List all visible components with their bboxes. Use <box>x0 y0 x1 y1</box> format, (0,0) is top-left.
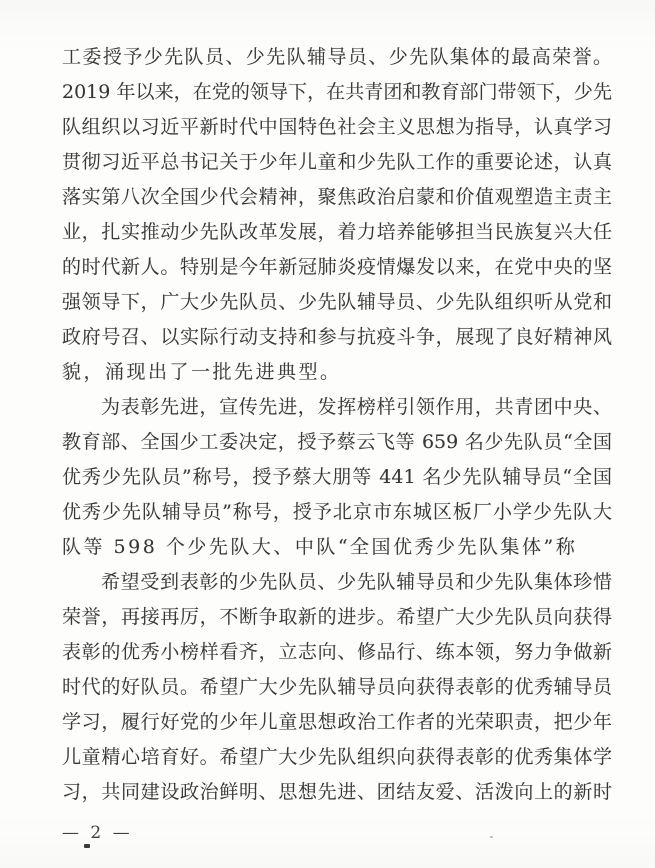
text-line: 为表彰先进，宣传先进，发挥榜样引领作用，共青团中央、 <box>62 390 612 425</box>
text-line: 教育部、全国少工委决定，授予蔡云飞等 659 名少先队员“全国 <box>62 425 612 460</box>
text-line: 时代的好队员。希望广大少先队辅导员向获得表彰的优秀辅导员 <box>62 670 612 705</box>
text-line: 强领导下，广大少先队员、少先队辅导员、少先队组织听从党和 <box>62 285 612 320</box>
page-number: — 2 — <box>62 820 133 846</box>
text-line: 2019 年以来，在党的领导下，在共青团和教育部门带领下，少先 <box>62 75 612 110</box>
scan-artifact <box>490 836 493 838</box>
document-body: 工委授予少先队员、少先队辅导员、少先队集体的最高荣誉。2019 年以来，在党的领… <box>62 40 612 810</box>
text-line: 政府号召、以实际行动支持和参与抗疫斗争，展现了良好精神风 <box>62 320 612 355</box>
text-line: 荣誉，再接再厉，不断争取新的进步。希望广大少先队员向获得 <box>62 600 612 635</box>
text-line: 的时代新人。特别是今年新冠肺炎疫情爆发以来，在党中央的坚 <box>62 250 612 285</box>
text-line: 贯彻习近平总书记关于少年儿童和少先队工作的重要论述，认真 <box>62 145 612 180</box>
text-line: 儿童精心培育好。希望广大少先队组织向获得表彰的优秀集体学 <box>62 740 612 775</box>
text-line: 工委授予少先队员、少先队辅导员、少先队集体的最高荣誉。 <box>62 40 612 75</box>
text-line: 落实第八次全国少代会精神，聚焦政治启蒙和价值观塑造主责主 <box>62 180 612 215</box>
text-line: 学习，履行好党的少年儿童思想政治工作者的光荣职责，把少年 <box>62 705 612 740</box>
text-line: 队等 598 个少先队大、中队“全国优秀少先队集体”称号。 <box>62 530 612 565</box>
text-line: 希望受到表彰的少先队员、少先队辅导员和少先队集体珍惜 <box>62 565 612 600</box>
text-line: 优秀少先队辅导员”称号，授予北京市东城区板厂小学少先队大 <box>62 495 612 530</box>
text-line: 貌，涌现出了一批先进典型。 <box>62 355 612 390</box>
text-line: 习，共同建设政治鲜明、思想先进、团结友爱、活泼向上的新时 <box>62 775 612 810</box>
text-line: 表彰的优秀小榜样看齐，立志向、修品行、练本领，努力争做新 <box>62 635 612 670</box>
document-page: 工委授予少先队员、少先队辅导员、少先队集体的最高荣誉。2019 年以来，在党的领… <box>0 0 655 868</box>
text-line: 优秀少先队员”称号，授予蔡大朋等 441 名少先队辅导员“全国 <box>62 460 612 495</box>
text-line: 队组织以习近平新时代中国特色社会主义思想为指导，认真学习 <box>62 110 612 145</box>
text-line: 业，扎实推动少先队改革发展，着力培养能够担当民族复兴大任 <box>62 215 612 250</box>
